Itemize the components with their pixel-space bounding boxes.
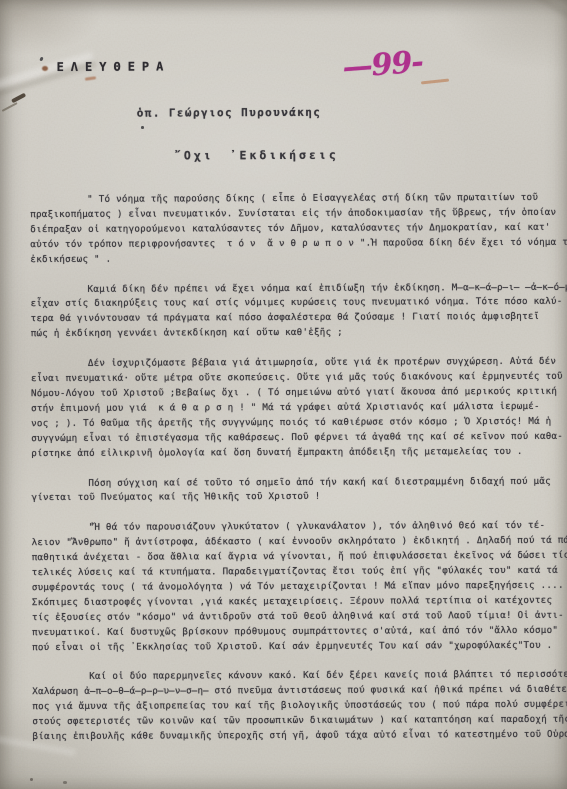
paragraph-4: Πόση σύγχιση καί σέ τοῦτο τό σημεῖο ἀπό … xyxy=(31,474,567,506)
paragraph-5: "Ἤ θά τόν παρουσιάζουν γλυκύτατον ( γλυκ… xyxy=(32,519,567,656)
paragraph-6: Καί οἱ δύο παρερμηνεῖες κάνουν κακό. Καί… xyxy=(32,668,567,745)
paragraph-2: Καμιά δίκη δέν πρέπει νά ἔχει νόημα καί … xyxy=(31,280,567,342)
handwritten-page-number: —99- xyxy=(341,45,424,86)
document-title: ῎Οχι ᾽Εκδικήσεις xyxy=(174,148,339,163)
author-line: ὁπ. Γεώργιος Πυρουνάκης xyxy=(137,106,322,120)
scanned-typewritten-page: ΕΛΕΥΘΕΡΑ —99- ὁπ. Γεώργιος Πυρουνάκης ῎Ο… xyxy=(0,0,567,789)
paragraph-3: Δέν ἰσχυριζόμαστε βέβαια γιά ἀτιμωρησία,… xyxy=(31,355,567,462)
paragraph-1: " Τό νόημα τῆς παρούσης δίκης ( εἶπε ὁ Ε… xyxy=(30,190,567,267)
document-body: " Τό νόημα τῆς παρούσης δίκης ( εἶπε ὁ Ε… xyxy=(30,190,567,745)
typed-ink-layer: ΕΛΕΥΘΕΡΑ —99- ὁπ. Γεώργιος Πυρουνάκης ῎Ο… xyxy=(0,0,567,789)
masthead-text: ΕΛΕΥΘΕΡΑ xyxy=(57,59,171,73)
